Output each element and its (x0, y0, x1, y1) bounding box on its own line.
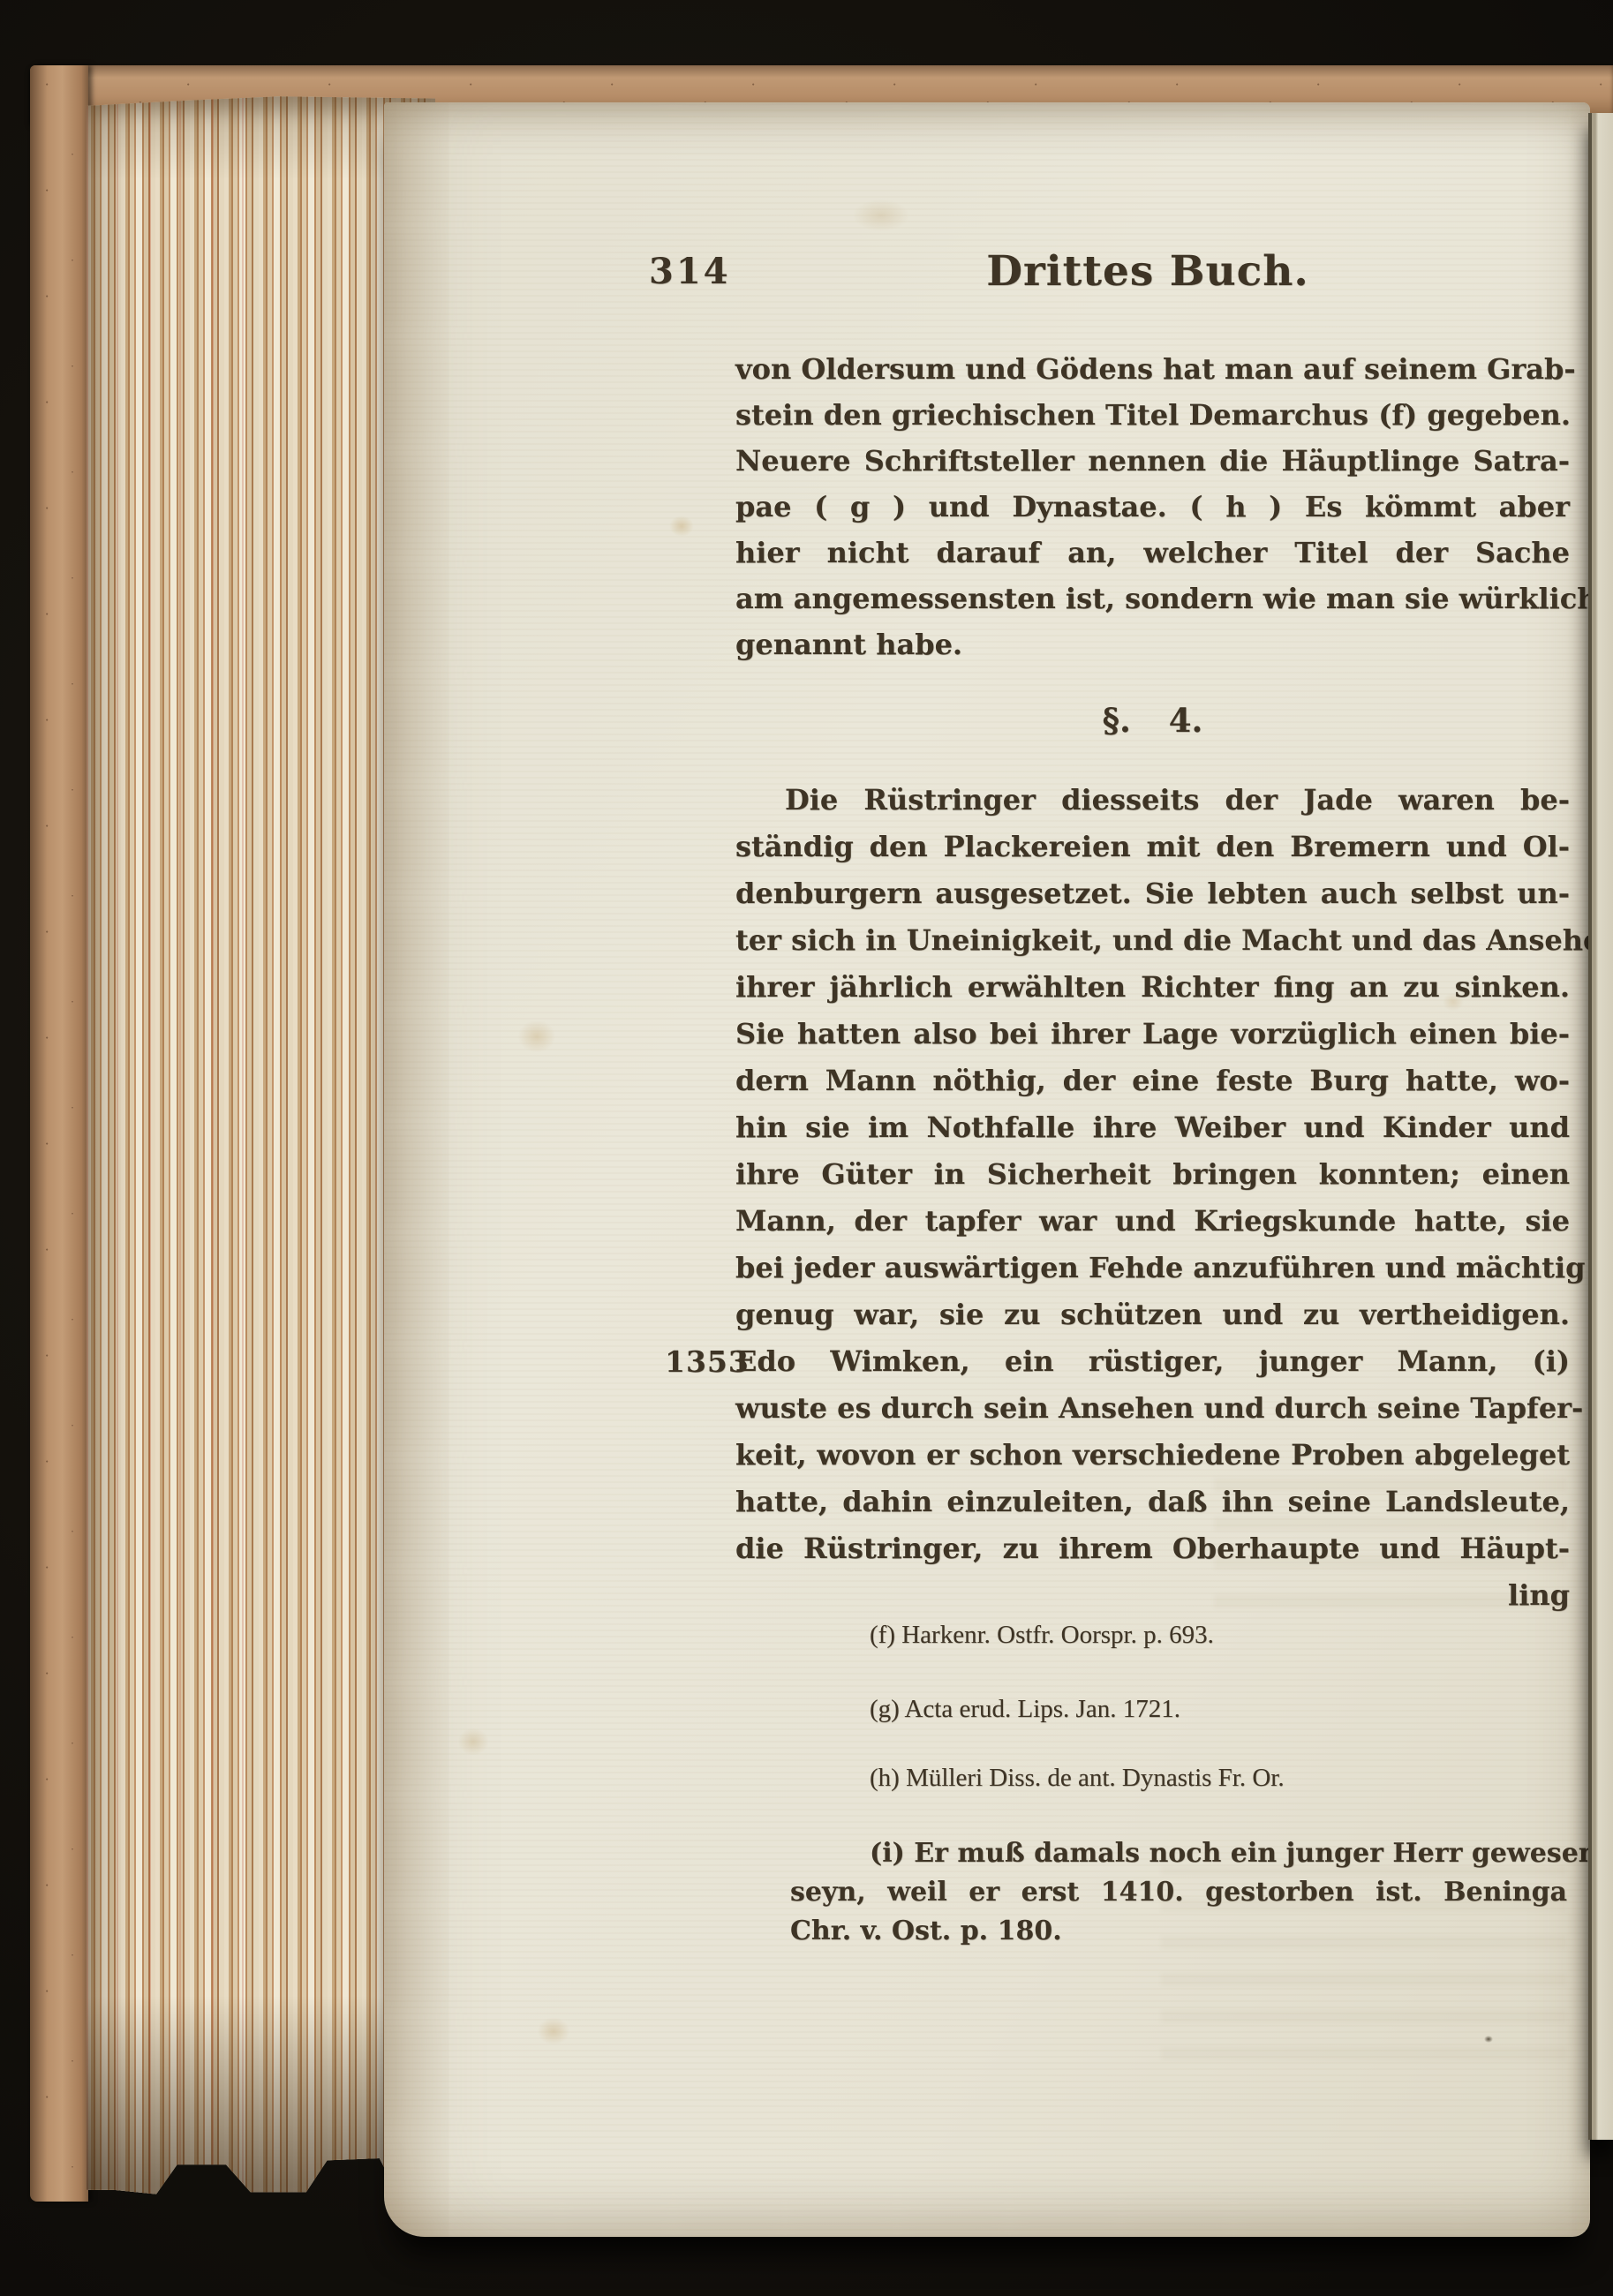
footnote-line: seyn, weil er erst 1410. gestorben ist. … (790, 1873, 1567, 1912)
paragraph-line: ihre Güter in Sicherheit bringen konnten… (735, 1151, 1570, 1198)
page-number: 314 (649, 251, 731, 292)
adjacent-page-edge (1588, 113, 1613, 2140)
paragraph-line: denburgern ausgesetzet. Sie lebten auch … (735, 870, 1570, 917)
fox-stain (456, 1727, 490, 1757)
book-photograph-scene: 314 Drittes Buch. von Oldersum und Göden… (0, 0, 1613, 2296)
paragraph-line: Mann, der tapfer war und Kriegskunde hat… (735, 1198, 1570, 1245)
board-speckle-texture (30, 65, 88, 2202)
ink-speck (1484, 2036, 1493, 2043)
paragraph-2: Die Rüstringer diesseits der Jade waren … (735, 777, 1570, 1619)
footnote-g: (g) Acta erud. Lips. Jan. 1721. (790, 1690, 1567, 1728)
fox-stain (668, 515, 695, 538)
running-header: Drittes Buch. (737, 247, 1558, 296)
fox-stain (850, 198, 912, 233)
paragraph-1: von Oldersum und Gödens hat man auf sein… (735, 346, 1570, 667)
footnote-line: (i) Er muß damals noch ein junger Herr g… (790, 1834, 1567, 1873)
fox-stain (516, 1019, 557, 1054)
paragraph-line: Neuere Schriftsteller nennen die Häuptli… (735, 438, 1570, 484)
paragraph-line: pae ( g ) und Dynastae. ( h ) Es kömmt a… (735, 484, 1570, 530)
fox-stain (536, 2016, 571, 2046)
footnote-h: (h) Mülleri Diss. de ant. Dynastis Fr. O… (790, 1758, 1567, 1797)
paragraph-line: ihrer jährlich erwählten Richter fing an… (735, 964, 1570, 1011)
paragraph-line: Die Rüstringer diesseits der Jade waren … (735, 777, 1570, 824)
paragraph-line: ter sich in Uneinigkeit, und die Macht u… (735, 917, 1570, 964)
page-header: 314 Drittes Buch. (649, 251, 1558, 304)
footnote-f: (f) Harkenr. Ostfr. Oorspr. p. 693. (790, 1615, 1567, 1654)
paragraph-line: am angemessensten ist, sondern wie man s… (735, 576, 1570, 621)
footnote-line: (h) Mülleri Diss. de ant. Dynastis Fr. O… (790, 1758, 1567, 1797)
paragraph-line: hatte, dahin einzuleiten, daß ihn seine … (735, 1479, 1570, 1525)
paragraph-line: die Rüstringer, zu ihrem Oberhaupte und … (735, 1525, 1570, 1572)
paragraph-line: dern Mann nöthig, der eine feste Burg ha… (735, 1058, 1570, 1104)
book-cover-board-left-edge (30, 65, 88, 2202)
paragraph-line: stein den griechischen Titel Demarchus (… (735, 392, 1570, 438)
fanned-page-edges (87, 95, 435, 2207)
paragraph-line: genug war, sie zu schützen und zu verthe… (735, 1291, 1570, 1338)
paragraph-line: von Oldersum und Gödens hat man auf sein… (735, 346, 1570, 392)
paragraph-line: wuste es durch sein Ansehen und durch se… (735, 1385, 1570, 1432)
paragraph-line: hin sie im Nothfalle ihre Weiber und Kin… (735, 1104, 1570, 1151)
paragraph-line: ständig den Plackereien mit den Bremern … (735, 824, 1570, 870)
open-book-page: 314 Drittes Buch. von Oldersum und Göden… (384, 102, 1590, 2237)
footnote-i: (i) Er muß damals noch ein junger Herr g… (790, 1834, 1567, 1951)
paragraph-line: genannt habe. (735, 621, 1570, 667)
paragraph-line: Sie hatten also bei ihrer Lage vorzüglic… (735, 1011, 1570, 1058)
paragraph-line: keit, wovon er schon verschiedene Proben… (735, 1432, 1570, 1479)
footnote-line: (g) Acta erud. Lips. Jan. 1721. (790, 1690, 1567, 1728)
page-edges-shading (87, 95, 435, 2207)
paragraph-line: Edo Wimken, ein rüstiger, junger Mann, (… (735, 1338, 1570, 1385)
section-heading: §. 4. (735, 701, 1570, 740)
footnote-line: (f) Harkenr. Ostfr. Oorspr. p. 693. (790, 1615, 1567, 1654)
paragraph-line: bei jeder auswärtigen Fehde anzuführen u… (735, 1245, 1570, 1291)
footnote-line: Chr. v. Ost. p. 180. (790, 1912, 1567, 1951)
catchword: ling (735, 1572, 1570, 1619)
paragraph-line: hier nicht darauf an, welcher Titel der … (735, 530, 1570, 576)
